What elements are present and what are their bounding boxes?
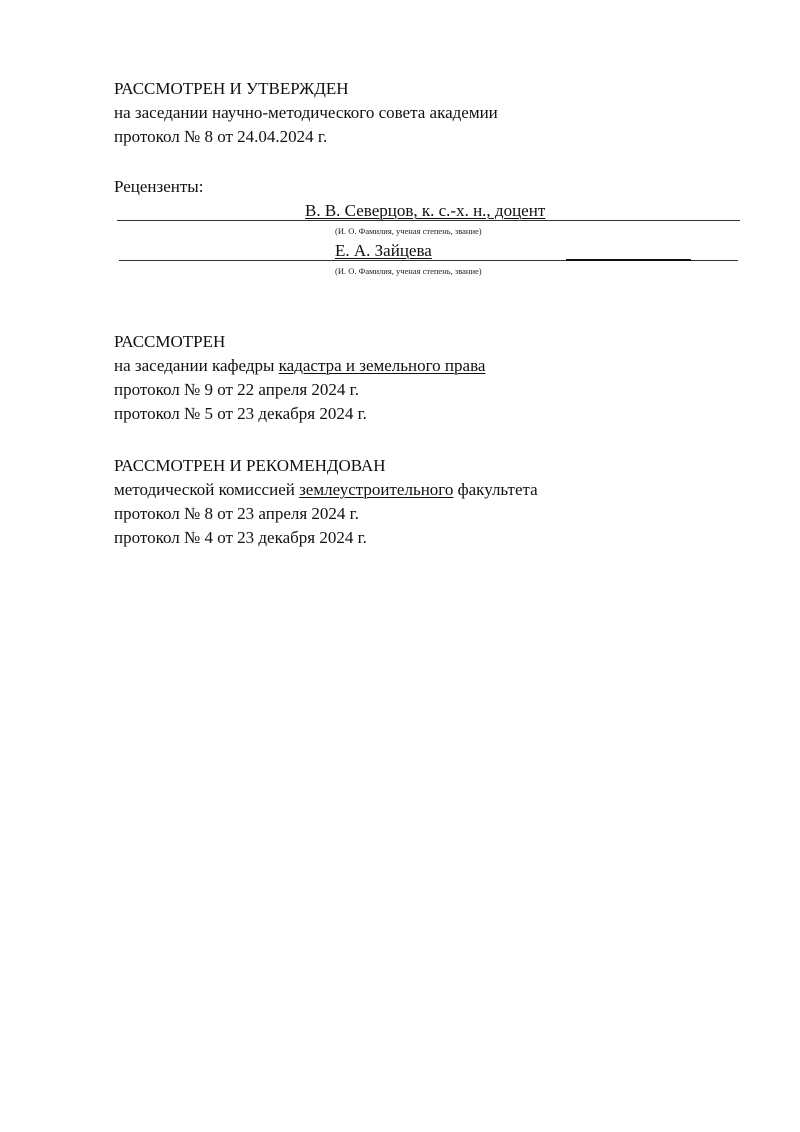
approval-heading: РАССМОТРЕН И УТВЕРЖДЕН (114, 79, 349, 99)
approval-council-line: на заседании научно-методического совета… (114, 103, 498, 123)
commission-protocol-2: протокол № 4 от 23 декабря 2024 г. (114, 528, 367, 548)
reviewer-2-caption: (И. О. Фамилия, ученая степень, звание) (335, 266, 482, 276)
commission-line-prefix: методической комиссией (114, 480, 299, 499)
reviewer-1-name: В. В. Северцов, к. с.-х. н., доцент (305, 201, 545, 221)
faculty-name: землеустроительного (299, 480, 453, 499)
department-protocol-2: протокол № 5 от 23 декабря 2024 г. (114, 404, 367, 424)
reviewer-2-name-text: Е. А. Зайцева (335, 241, 432, 260)
commission-heading: РАССМОТРЕН И РЕКОМЕНДОВАН (114, 456, 386, 476)
reviewer-1-caption: (И. О. Фамилия, ученая степень, звание) (335, 226, 482, 236)
commission-line: методической комиссией землеустроительно… (114, 480, 538, 500)
department-name: кадастра и земельного права (279, 356, 486, 375)
commission-protocol-1: протокол № 8 от 23 апреля 2024 г. (114, 504, 359, 524)
reviewer-2-signature-line (566, 259, 691, 261)
department-line: на заседании кафедры кадастра и земельно… (114, 356, 485, 376)
department-line-prefix: на заседании кафедры (114, 356, 279, 375)
reviewer-1-name-text: В. В. Северцов, к. с.-х. н., доцент (305, 201, 545, 220)
department-heading: РАССМОТРЕН (114, 332, 225, 352)
department-protocol-1: протокол № 9 от 22 апреля 2024 г. (114, 380, 359, 400)
approval-protocol-line: протокол № 8 от 24.04.2024 г. (114, 127, 327, 147)
reviewers-label: Рецензенты: (114, 177, 203, 197)
commission-line-suffix: факультета (453, 480, 537, 499)
reviewer-2-name: Е. А. Зайцева (335, 241, 432, 261)
